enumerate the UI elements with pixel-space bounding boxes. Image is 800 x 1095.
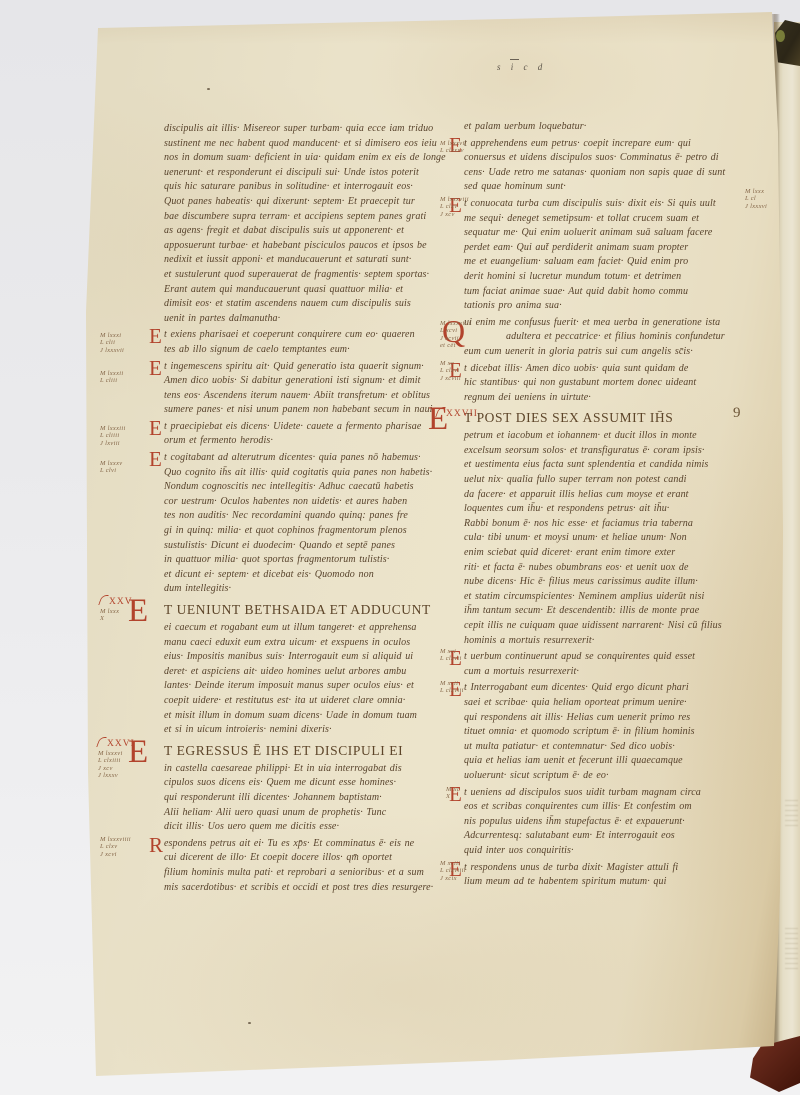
text-line: gi in quinq: milia· et quot cophinos fra…	[164, 524, 444, 539]
display-heading: ET UENIUNT BETHSAIDA ET ADDUCUNT	[164, 599, 444, 621]
text-line: t exiens pharisaei et coeperunt conquire…	[164, 328, 444, 343]
text-line: lantes· Deinde iterum imposuit manus sup…	[164, 679, 444, 694]
canon-reference-note: M lxxxiiL cliii	[100, 370, 124, 385]
text-block: discipulis ait illis· Misereor super tur…	[164, 122, 444, 326]
text-line: tes ab illo signum de caelo temptantes e…	[164, 343, 444, 358]
text-line: dimisit eos· et statim ascendens nauem c…	[164, 297, 444, 312]
ink-speck	[248, 1022, 251, 1024]
canon-ref-line: M lxxx	[745, 188, 767, 195]
text-line: sed quae hominum sunt·	[464, 180, 740, 195]
display-block: ET EGRESSUS Ē IHS ET DISCIPULI EIin cast…	[164, 740, 444, 835]
text-line: ui enim me confusus fuerit· et mea uerba…	[464, 316, 740, 331]
text-line: Alii heliam· Alii uero quasi unum de pro…	[164, 806, 444, 821]
canon-ref-line: X	[446, 793, 460, 800]
text-line: dum intellegitis·	[164, 582, 444, 597]
text-line: t ueniens ad discipulos suos uidit turba…	[464, 786, 740, 801]
canon-reference-note: M lxxxviiiiL clxvJ xcvi	[100, 836, 131, 858]
canon-ref-line: et cēt	[440, 342, 471, 349]
text-line: eum cum uenerit in gloria patris sui cum…	[464, 345, 740, 360]
display-text: T POST DIES SEX ASSUMIT IH̄S	[464, 410, 673, 425]
text-line: mis sacerdotibus· et scribis et occidi e…	[164, 881, 444, 896]
display-heading: ET POST DIES SEX ASSUMIT IH̄S	[464, 407, 740, 429]
text-line: saei et scribae· quia heliam oporteat pr…	[464, 696, 740, 711]
text-line: et palam uerbum loquebatur·	[464, 120, 740, 135]
text-line: perdet eam· Qui aut̄ perdiderit animam s…	[464, 241, 740, 256]
chapter-number: XXVII	[437, 406, 478, 420]
canon-reference-note: M lxxxviiiiL xcviJ xcviiet cēt	[440, 320, 471, 349]
text-line: cula· tibi unum· et moysi unum· et helia…	[464, 531, 740, 546]
text-line: t apprehendens eum petrus· coepit increp…	[464, 137, 740, 152]
canon-ref-line: J xcvi	[100, 851, 131, 858]
text-block: et palam uerbum loquebatur·	[464, 120, 740, 135]
text-block: Qui enim me confusus fuerit· et mea uerb…	[464, 316, 740, 360]
canon-ref-line: J xcvii	[440, 335, 471, 342]
text-line: et sustulerunt quod superauerat de fragm…	[164, 268, 444, 283]
text-line: t dicebat illis· Amen dico uobis· quia s…	[464, 362, 740, 377]
text-line: uoluerunt· sicut scriptum ē· de eo·	[464, 769, 740, 784]
text-line: bae discumbere supra terram· et accipien…	[164, 210, 444, 225]
text-line: qui responderunt illi dicentes· Johannem…	[164, 791, 444, 806]
text-column-right: et palam uerbum loquebatur·Et apprehende…	[464, 120, 740, 892]
text-line: t ingemescens spiritu ait· Quid generati…	[164, 360, 444, 375]
text-line: tens eos· Ascendens iterum nauem· Abiit …	[164, 389, 444, 404]
text-line: sequatur me· Qui enim uoluerit animam su…	[464, 226, 740, 241]
text-line: orum et fermento herodis·	[164, 434, 444, 449]
text-line: uenit in partes dalmanutha·	[164, 312, 444, 327]
canon-ref-line: M xci	[440, 648, 462, 655]
canon-ref-line: M lxxxviii	[440, 196, 469, 203]
text-line: tituet omnia· et quomodo scriptum ē· in …	[464, 725, 740, 740]
text-line: nis populus uidens ih̄m stupefactus ē· e…	[464, 815, 740, 830]
text-line: lium meum ad te habentem spiritum mutum·…	[464, 875, 740, 890]
chapter-number: XXVI	[98, 736, 135, 750]
canon-reference-note: M lxxxvL clvi	[100, 460, 123, 475]
canon-ref-line: M lxxxiii	[100, 425, 126, 432]
text-line: filium hominis multa pati· et reprobari …	[164, 866, 444, 881]
canon-ref-line: M xcii	[440, 680, 464, 687]
text-block: Et apprehendens eum petrus· coepit incre…	[464, 137, 740, 195]
text-line: t uerbum continuerunt apud se conquirent…	[464, 650, 740, 665]
initial-letter: E	[149, 326, 162, 347]
text-line: sustinent me nec habent quod manducent· …	[164, 137, 444, 152]
text-line: quis hic saturare panibus in solitudine·…	[164, 180, 444, 195]
canon-ref-line: J xcv	[440, 211, 469, 218]
text-line: cipulos suos dicens eis· Quem me dicunt …	[164, 776, 444, 791]
text-line: t praecipiebat eis dicens· Uidete· cauet…	[164, 420, 444, 435]
text-block: Respondens petrus ait ei· Tu es xp̄s· Et…	[164, 837, 444, 895]
canon-ref-line: M lxxx	[100, 608, 133, 615]
canon-ref-line: L cliiii	[100, 432, 126, 439]
canon-ref-line: J xcix	[440, 875, 466, 882]
canon-ref-line: L clxiiii	[98, 757, 135, 764]
text-line: adultera et peccatrice· et filius homini…	[464, 330, 740, 345]
text-line: et si in uicum introieris· nemini dixeri…	[164, 723, 444, 738]
ink-speck	[207, 88, 210, 90]
text-line: tes non auditis· Nec recordamini quando …	[164, 509, 444, 524]
binding-headband	[776, 30, 785, 42]
canon-reference-note: M lxxxviiL clxxxv	[440, 140, 467, 155]
text-line: eos et scribas conquirentes cum illis· E…	[464, 800, 740, 815]
canon-ref-line: M lxxxv	[100, 460, 123, 467]
text-line: regnum dei ueniens in uirtute·	[464, 391, 740, 406]
text-block: Et ingemescens spiritu ait· Quid generat…	[164, 360, 444, 418]
display-block: ET UENIUNT BETHSAIDA ET ADDUCUNTei caecu…	[164, 599, 444, 738]
canon-ref-line: J xcviii	[440, 375, 461, 382]
text-line: quia et helias iam uenit et fecerunt ill…	[464, 754, 740, 769]
initial-letter: E	[149, 358, 162, 379]
text-line: ei caecum et rogabant eum ut illum tange…	[164, 621, 444, 636]
text-line: nube dicens· Hic ē· filius meus carissim…	[464, 575, 740, 590]
display-heading: ET EGRESSUS Ē IHS ET DISCIPULI EI	[164, 740, 444, 762]
text-line: uenerunt· et responderunt ei discipuli s…	[164, 166, 444, 181]
text-line: t Interrogabant eum dicentes· Quid ergo …	[464, 681, 740, 696]
chapter-number-note: XXVIM lxxxviL clxiiiiJ xcvJ lxxxv	[98, 736, 135, 779]
text-block: Et cogitabant ad alterutrum dicentes· qu…	[164, 451, 444, 597]
canon-ref-line: M xc	[440, 360, 461, 367]
chapter-number-note: XXVM lxxxX	[100, 594, 133, 623]
text-line: uelut nix· qualia fullo super terram non…	[464, 473, 740, 488]
text-block: Et ueniens ad discipulos suos uidit turb…	[464, 786, 740, 859]
canon-ref-line: M lxxxii	[100, 370, 124, 377]
text-line: qui respondens ait illis· Helias cum uen…	[464, 711, 740, 726]
text-line: sumere panes· et nisi unum panem non hab…	[164, 403, 444, 418]
text-line: et uestimenta eius facta sunt splendenti…	[464, 458, 740, 473]
canon-reference-note: M xcL clxviJ xcviii	[440, 360, 461, 382]
canon-reference-note: M xciiL clxviii	[440, 680, 464, 695]
canon-ref-line: J lxviii	[100, 440, 126, 447]
text-line: coepit uidere· et restitutus est· ita ut…	[164, 694, 444, 709]
canon-ref-line: L clxv	[100, 843, 131, 850]
text-line: Rabbi bonum ē· nos hic esse· et faciamus…	[464, 517, 740, 532]
canon-ref-line: L clxviiii	[440, 867, 466, 874]
text-line: cum a mortuis resurrexerit·	[464, 665, 740, 680]
text-line: cepit illis ne cuiquam quae uidissent na…	[464, 619, 740, 634]
text-line: ih̄m tantum secum· Et descendentib: illi…	[464, 604, 740, 619]
canon-ref-line: J lxxxv	[98, 772, 135, 779]
canon-ref-line: J lxxxvii	[100, 347, 124, 354]
initial-letter: E	[149, 449, 162, 470]
text-line: me sequi· deneget semetipsum· et tollat …	[464, 212, 740, 227]
text-block: Et respondens unus de turba dixit· Magis…	[464, 861, 740, 890]
text-line: Erant autem qui manducauerunt quasi quat…	[164, 283, 444, 298]
text-line: Quo cognito ih̄s ait illis· quid cogitat…	[164, 466, 444, 481]
text-block: Et uerbum continuerunt apud se conquiren…	[464, 650, 740, 679]
shelfmark: s i c d	[497, 62, 546, 72]
display-block: ET POST DIES SEX ASSUMIT IH̄Spetrum et i…	[464, 407, 740, 648]
canon-reference-note: M xciL clxvii	[440, 648, 462, 663]
canon-ref-line: X	[100, 615, 133, 622]
text-line: dicit illis· Uos uero quem me dicitis es…	[164, 820, 444, 835]
canon-reference-note: M lxxxiL cliiJ lxxxvii	[100, 332, 124, 354]
text-line: sustulistis· Dicunt ei duodecim· Quando …	[164, 539, 444, 554]
canon-ref-line: M lxxxviiii	[100, 836, 131, 843]
display-text: T EGRESSUS Ē IHS ET DISCIPULI EI	[164, 743, 403, 758]
text-line: cor uestrum· Oculos habentes non uidetis…	[164, 495, 444, 510]
canon-ref-line: L clxviii	[440, 687, 464, 694]
text-line: Nondum cognoscitis nec intellegitis· Adh…	[164, 480, 444, 495]
initial-letter: E	[149, 418, 162, 439]
text-line: as agens· fregit et dabat discipulis sui…	[164, 224, 444, 239]
canon-ref-line: M xciii	[440, 860, 466, 867]
canon-reference-note: M lxxxL clJ lxxxvi	[745, 188, 767, 210]
display-text: T UENIUNT BETHSAIDA ET ADDUCUNT	[164, 602, 431, 617]
canon-ref-line: M lxxxi	[100, 332, 124, 339]
chapter-numeral-text: 9	[733, 405, 741, 421]
canon-ref-line: L clii	[100, 339, 124, 346]
text-line: Quot panes habeatis· qui dixerunt· septe…	[164, 195, 444, 210]
text-line: t cogitabant ad alterutrum dicentes· qui…	[164, 451, 444, 466]
text-line: cui dicerent de illo· Et coepit docere i…	[164, 851, 444, 866]
text-line: tationis pro anima sua·	[464, 299, 740, 314]
canon-ref-line: L cl	[745, 195, 767, 202]
text-block: Et Interrogabant eum dicentes· Quid ergo…	[464, 681, 740, 783]
initial-letter: R	[149, 835, 163, 856]
photo-backdrop: s i c d discipulis ait illis· Misereor s…	[0, 0, 800, 1095]
text-line: eius· Impositis manibus suis· Interrogau…	[164, 650, 444, 665]
text-block: Et conuocata turba cum discipulis suis· …	[464, 197, 740, 314]
chapter-numeral: 9	[733, 410, 741, 419]
text-line: manu caeci eduxit eum extra uicum· et ex…	[164, 636, 444, 651]
text-block: Et dicebat illis· Amen dico uobis· quia …	[464, 362, 740, 406]
text-line: hominis a mortuis resurrexerit·	[464, 634, 740, 649]
text-line: discipulis ait illis· Misereor super tur…	[164, 122, 444, 137]
text-line: conuersus et uidens discipulos suos· Com…	[464, 151, 740, 166]
canon-ref-line: M lxxxvi	[98, 750, 135, 757]
canon-ref-line: L clxvi	[440, 367, 461, 374]
canon-ref-line: M lxxxvii	[440, 140, 467, 147]
canon-ref-line: L xcvi	[440, 327, 471, 334]
show-through-text	[785, 800, 798, 830]
text-line: et statim circumspicientes· Neminem ampl…	[464, 590, 740, 605]
text-line: t conuocata turba cum discipulis suis· d…	[464, 197, 740, 212]
text-line: espondens petrus ait ei· Tu es xp̄s· Et …	[164, 837, 444, 852]
canon-ref-line: L cliii	[100, 377, 124, 384]
canon-reference-note: M lxxxviiiL clxvJ xcv	[440, 196, 469, 218]
canon-reference-note: M xcX	[446, 786, 460, 801]
chapter-number-note: XXVII	[437, 406, 478, 420]
canon-reference-note: M xciiiL clxviiiiJ xcix	[440, 860, 466, 882]
text-line: me et euangelium· saluam eam faciet· Qui…	[464, 255, 740, 270]
chapter-number: XXV	[100, 594, 133, 608]
canon-ref-line: J lxxxvi	[745, 203, 767, 210]
canon-ref-line: J xcv	[98, 765, 135, 772]
text-line: loquentes cum ih̄u· et respondens petrus…	[464, 502, 740, 517]
text-line: enim sciebat quid diceret· erant enim ti…	[464, 546, 740, 561]
canon-reference-note: M lxxxiiiL cliiiiJ lxviii	[100, 425, 126, 447]
canon-ref-line: L clvi	[100, 467, 123, 474]
text-line: quid inter uos conquiritis·	[464, 844, 740, 859]
text-line: Adcurrentesq: salutabant eum· Et interro…	[464, 829, 740, 844]
text-line: in castella caesareae philippi· Et in ui…	[164, 762, 444, 777]
text-line: Amen dico uobis· Si dabitur generationi …	[164, 374, 444, 389]
text-line: cens· Uade retro me satanas· quoniam non…	[464, 166, 740, 181]
show-through-text	[785, 928, 798, 972]
text-line: in quattuor milia· quot sportas fragment…	[164, 553, 444, 568]
text-line: ut multa patiatur· et contemnatur· Sed d…	[464, 740, 740, 755]
canon-ref-line: M xc	[446, 786, 460, 793]
text-line: hic stantibus· qui non gustabunt mortem …	[464, 376, 740, 391]
text-line: et misit illum in domum suam dicens· Uad…	[164, 709, 444, 724]
canon-ref-line: M lxxxviiii	[440, 320, 471, 327]
text-line: riti· et facta ē· nubes obumbrans eos· e…	[464, 561, 740, 576]
text-block: Et exiens pharisaei et coeperunt conquir…	[164, 328, 444, 357]
canon-ref-line: L clxv	[440, 203, 469, 210]
text-block: Et praecipiebat eis dicens· Uidete· caue…	[164, 420, 444, 449]
text-line: deret· et aspiciens ait· uideo homines u…	[164, 665, 444, 680]
text-line: derit homini si lucretur mundum totum· e…	[464, 270, 740, 285]
canon-ref-line: L clxvii	[440, 655, 462, 662]
text-line: petrum et iacobum et iohannem· et ducit …	[464, 429, 740, 444]
text-line: et dicunt ei· septem· et dicebat eis· Qu…	[164, 568, 444, 583]
text-line: excelsum seorsum solos· et transfiguratu…	[464, 444, 740, 459]
text-line: t respondens unus de turba dixit· Magist…	[464, 861, 740, 876]
canon-ref-line: L clxxxv	[440, 147, 467, 154]
text-line: nedixit et iussit apponi· et manducaueru…	[164, 253, 444, 268]
text-line: nos in domum suam· deficient in uia· qui…	[164, 151, 444, 166]
text-line: da facere· et apparuit illis helias cum …	[464, 488, 740, 503]
text-line: apposuerunt turbae· et habebant piscicul…	[164, 239, 444, 254]
text-column-left: discipulis ait illis· Misereor super tur…	[164, 122, 444, 897]
text-line: tum faciat animae suae· Aut quid dabit h…	[464, 285, 740, 300]
